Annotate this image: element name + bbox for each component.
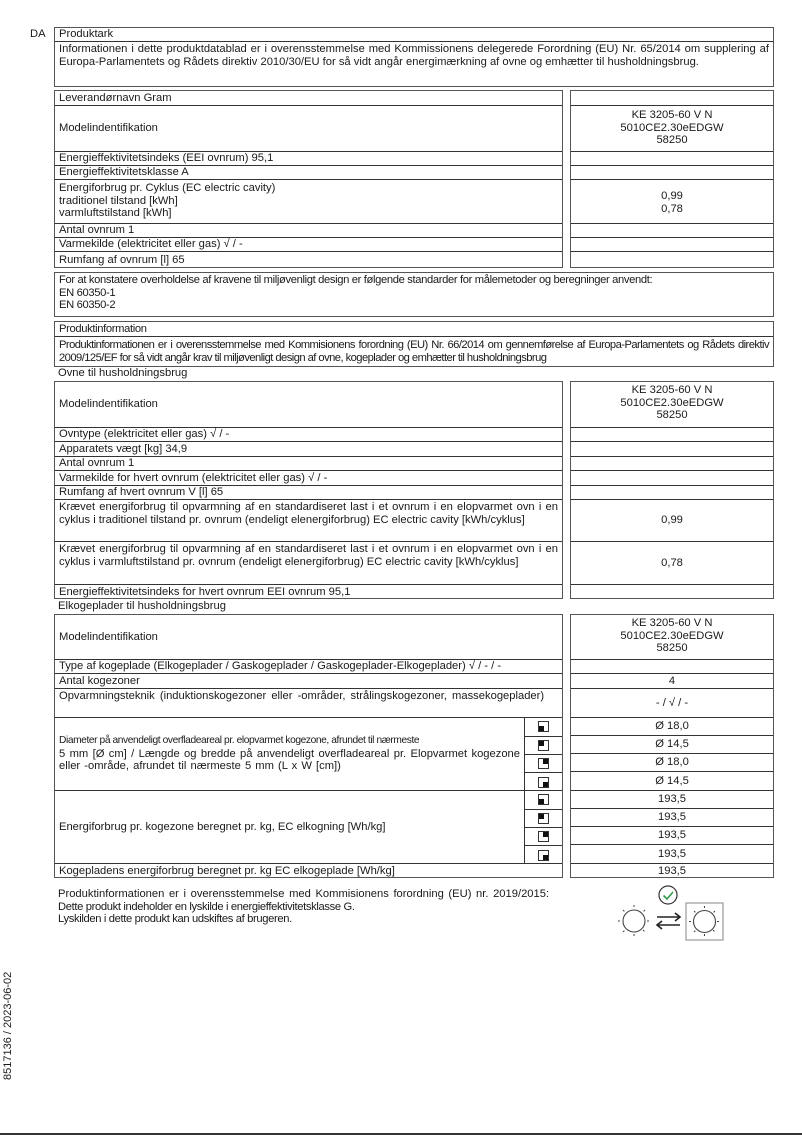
zone-bottom-right-icon	[538, 850, 549, 861]
zone-row	[525, 718, 562, 736]
ovens-cavities-row: Antal ovnrum 1	[55, 456, 562, 470]
zone-bottom-left-icon	[538, 721, 549, 732]
ovens-heading: Ovne til husholdningsbrug	[58, 367, 187, 380]
energy-value: 193,5	[571, 790, 773, 808]
energy-value: 193,5	[571, 826, 773, 844]
ovens-eei-row: Energieffektivitetsindeks for hvert ovnr…	[55, 584, 562, 599]
hobs-table: Modelindentifikation Type af kogeplade (…	[54, 614, 563, 878]
hobs-values: KE 3205-60 V N 5010CE2.30eEDGW 58250 4 -…	[570, 614, 774, 878]
diameter-label: Diameter på anvendeligt overfladeareal p…	[55, 717, 524, 790]
model-label: Modelindentifikation	[55, 105, 562, 151]
zone-row	[525, 791, 562, 809]
zones-value: 4	[571, 673, 773, 688]
energy-value: 193,5	[571, 844, 773, 863]
standard-item: EN 60350-1	[59, 287, 769, 300]
volume-row: Rumfang af ovnrum [l] 65	[55, 251, 562, 268]
ovens-heat-source-row: Varmekilde for hvert ovnrum (elektricite…	[55, 470, 562, 485]
lamp-icon	[618, 905, 650, 937]
standard-item: EN 60350-2	[59, 299, 769, 312]
hobs-heading: Elkogeplader til husholdningsbrug	[58, 600, 226, 613]
light-source-icons	[612, 884, 728, 944]
zone-row	[525, 772, 562, 791]
consumption-values: 0,99 0,78	[571, 179, 773, 223]
technique-label: Opvarmningsteknik (induktionskogezoner e…	[55, 688, 562, 717]
section1-values: KE 3205-60 V N 5010CE2.30eEDGW 58250 0,9…	[570, 90, 774, 268]
diameter-value: Ø 18,0	[571, 753, 773, 771]
energy-value: 193,5	[571, 808, 773, 826]
lamp-in-box-icon	[686, 903, 723, 940]
ec-traditional-value: 0,99	[571, 499, 773, 541]
cavities-row: Antal ovnrum 1	[55, 223, 562, 237]
weight-row: Apparatets vægt [kg] 34,9	[55, 441, 562, 456]
language-code: DA	[30, 28, 46, 41]
zone-top-right-icon	[538, 831, 549, 842]
product-info-text: Produktinformationen er i overensstemmel…	[55, 336, 773, 367]
model-value: KE 3205-60 V N 5010CE2.30eEDGW 58250	[571, 105, 773, 151]
supplier-name: Leverandørnavn Gram	[55, 91, 562, 105]
zone-bottom-left-icon	[538, 794, 549, 805]
ec-fan-value: 0,78	[571, 541, 773, 584]
zone-row	[525, 809, 562, 827]
oven-type-row: Ovntype (elektricitet eller gas) √ / -	[55, 427, 562, 441]
ovens-table: Modelindentifikation Ovntype (elektricit…	[54, 381, 563, 599]
energy-label: Energiforbrug pr. kogezone beregnet pr. …	[55, 790, 524, 863]
intro-text: Informationen i dette produktdatablad er…	[55, 41, 773, 87]
zone-bottom-right-icon	[538, 777, 549, 788]
eei-row: Energieffektivitetsindeks (EEI ovnrum) 9…	[55, 151, 562, 165]
diameter-value: Ø 14,5	[571, 771, 773, 790]
bottom-rule	[0, 1133, 802, 1135]
zone-top-left-icon	[538, 740, 549, 751]
product-info-box: Produktinformation Produktinformationen …	[54, 321, 774, 367]
product-info-title: Produktinformation	[55, 322, 773, 336]
section1-table: Leverandørnavn Gram Modelindentifikation…	[54, 90, 563, 268]
diameter-value: Ø 18,0	[571, 717, 773, 735]
hobs-model-value: KE 3205-60 V N 5010CE2.30eEDGW 58250	[571, 615, 773, 659]
intro-box: Produktark Informationen i dette produkt…	[54, 27, 774, 87]
diameter-value: Ø 14,5	[571, 735, 773, 753]
zone-top-left-icon	[538, 813, 549, 824]
document-id-date: 8517136 / 2023-06-02	[2, 972, 14, 1080]
document-title: Produktark	[55, 28, 773, 41]
swap-arrows-icon	[657, 913, 680, 929]
ovens-model-label: Modelindentifikation	[55, 382, 562, 427]
zones-label: Antal kogezoner	[55, 673, 562, 688]
hobs-model-label: Modelindentifikation	[55, 615, 562, 659]
ec-fan-label: Krævet energiforbrug til opvarmning af e…	[55, 541, 562, 584]
energy-zone-icons	[524, 790, 562, 863]
zone-top-right-icon	[538, 758, 549, 769]
standards-text: For at konstatere overholdelse af kraven…	[59, 274, 769, 287]
zone-row	[525, 827, 562, 845]
ovens-volume-row: Rumfang af hvert ovnrum V [l] 65	[55, 485, 562, 499]
ovens-model-value: KE 3205-60 V N 5010CE2.30eEDGW 58250	[571, 382, 773, 427]
zone-row	[525, 754, 562, 772]
hob-type-row: Type af kogeplade (Elkogeplader / Gaskog…	[55, 659, 562, 673]
total-value: 193,5	[571, 863, 773, 878]
heat-source-row: Varmekilde (elektricitet eller gas) √ / …	[55, 237, 562, 251]
check-circle-icon	[659, 886, 677, 904]
total-label: Kogepladens energiforbrug beregnet pr. k…	[55, 863, 562, 878]
zone-row	[525, 736, 562, 754]
energy-class-row: Energieffektivitetsklasse A	[55, 165, 562, 179]
light-source-text: Produktinformationen er i overensstemmel…	[58, 888, 563, 926]
technique-value: - / √ / -	[571, 688, 773, 717]
consumption-label: Energiforbrug pr. Cyklus (EC electric ca…	[55, 179, 562, 223]
ec-traditional-label: Krævet energiforbrug til opvarmning af e…	[55, 499, 562, 541]
ovens-values: KE 3205-60 V N 5010CE2.30eEDGW 58250 0,9…	[570, 381, 774, 599]
standards-box: For at konstatere overholdelse af kraven…	[54, 272, 774, 317]
diameter-zone-icons	[524, 717, 562, 790]
zone-row	[525, 845, 562, 864]
